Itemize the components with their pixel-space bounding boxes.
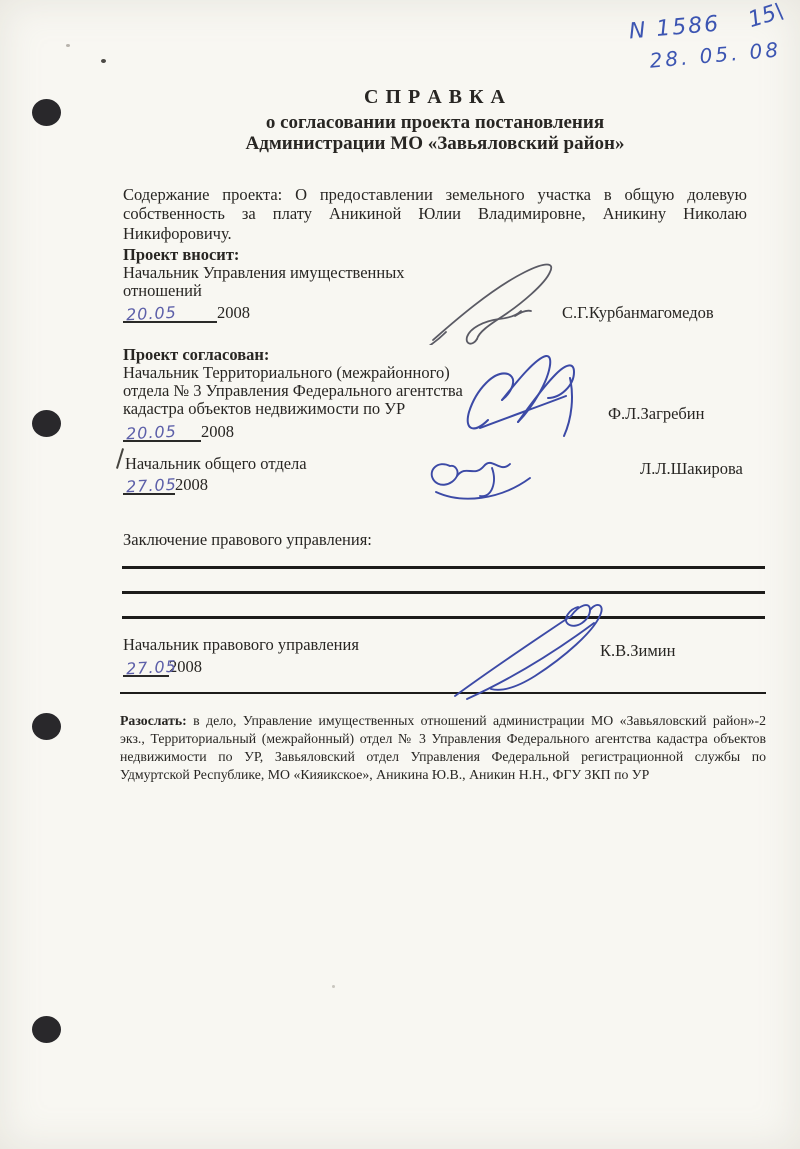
legal-opinion-label: Заключение правового управления: [123,531,523,549]
handwritten-date: 27.05 [126,657,178,679]
handwritten-date: 27.05 [126,475,178,497]
label-text: Заключение правового управления: [123,531,523,549]
date-line: 20.05 [123,301,217,323]
blank-line [122,591,765,594]
year-label: 2008 [175,475,208,495]
document-title: С П Р А В К А о согласовании проекта пос… [123,86,747,154]
date-line: 27.05 [123,655,169,677]
signature-kurbanmagomedov [427,260,582,345]
date-row: 20.05 2008 [123,301,250,323]
punch-hole [32,99,61,126]
handwritten-date: 20.05 [126,422,178,444]
signer-name: Л.Л.Шакирова [640,459,743,479]
distribution-label: Разослать: [120,713,187,728]
handwritten-date: 20.05 [126,303,178,325]
date-line: 27.05 [123,473,175,495]
scan-speck [66,44,70,47]
distribution-paragraph: Разослать: в дело, Управление имуществен… [120,712,766,784]
stamp-date: 28. 05. 08 [649,36,800,73]
punch-hole [32,1016,61,1043]
signature-zagrebin [462,348,617,443]
title-subline-1: о согласовании проекта постановления [123,112,747,133]
section-general-dept: Начальник общего отдела [125,455,425,473]
year-label: 2008 [217,303,250,323]
date-line: 20.05 [123,420,201,442]
scan-speck [332,985,335,988]
section-legal-head: Начальник правового управления [123,636,443,654]
scanned-document-page: N 1586 15\ 28. 05. 08 С П Р А В К А о со… [0,0,800,1149]
project-summary: Содержание проекта: О предоставлении зем… [123,185,747,244]
title-subline-2: Администрации МО «Завьяловский район» [123,133,747,154]
date-row: 20.05 2008 [123,420,234,442]
scan-speck [101,59,106,63]
blank-line [122,566,765,569]
punch-hole [32,410,61,437]
date-row: 27.05 2008 [123,473,208,495]
handwritten-stamp: N 1586 15\ 28. 05. 08 [628,5,800,75]
punch-hole [32,713,61,740]
position-line: Начальник общего отдела [125,455,425,473]
distribution-text: в дело, Управление имущественных отношен… [120,713,766,782]
date-row: 27.05 2008 [123,655,202,677]
signer-name: Ф.Л.Загребин [608,404,704,424]
signature-zimin [443,596,613,700]
signer-name: С.Г.Курбанмагомедов [562,303,714,323]
position-line: Начальник правового управления [123,636,443,654]
pen-slash-mark [116,448,124,469]
year-label: 2008 [201,422,234,442]
title-main: С П Р А В К А [123,86,747,109]
signature-shakirova [420,452,545,508]
